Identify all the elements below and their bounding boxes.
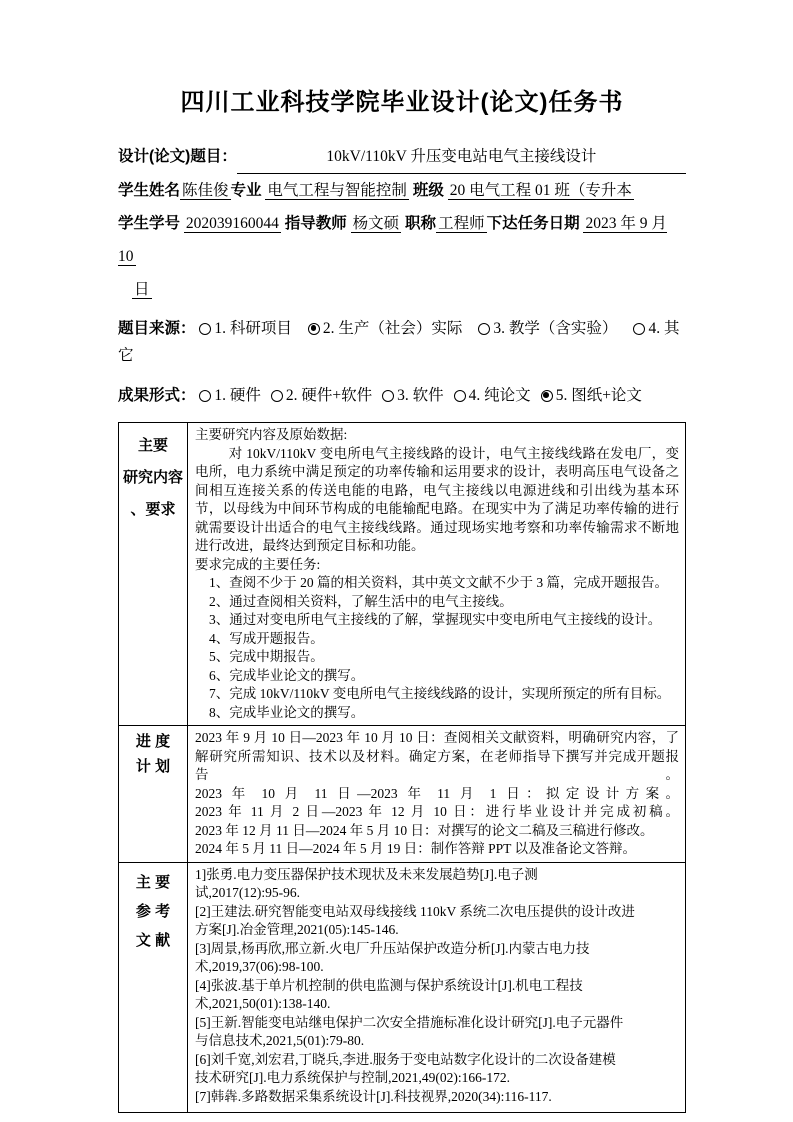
radio-icon xyxy=(271,390,283,402)
radio-option-label: 2. 生产（社会）实际 xyxy=(323,320,463,337)
topic-value: 10kV/110kV 升压变电站电气主接线设计 xyxy=(237,140,686,174)
schedule-item: 2023 年 10 月 11 日—2023 年 11 月 1 日：拟定设计方案。 xyxy=(195,785,679,804)
radio-option-form-2[interactable]: 2. 硬件+软件 xyxy=(271,387,372,404)
reference-item: [7]韩犇.多路数据采集系统设计[J].科技视界,2020(34):116-11… xyxy=(195,1088,679,1107)
header-line: 研究内容 xyxy=(121,466,185,487)
schedule-item: 2023 年 12 月 11 日—2024 年 5 月 10 日：对撰写的论文二… xyxy=(195,822,679,841)
field-line-topic: 设计(论文)题目： 10kV/110kV 升压变电站电气主接线设计 xyxy=(118,140,686,174)
student-name-value: 陈佳俊 xyxy=(180,182,231,200)
research-content-title: 主要研究内容及原始数据: xyxy=(195,426,679,445)
task-item: 7、完成 10kV/110kV 变电所电气主接线线路的设计，实现所预定的所有目标… xyxy=(195,685,679,704)
radio-option-label: 1. 科研项目 xyxy=(214,320,292,337)
schedule-row-header: 进 度 计 划 xyxy=(119,726,188,863)
table-row-research: 主要 研究内容 、要求 主要研究内容及原始数据: 对 10kV/110kV 变电… xyxy=(119,423,686,726)
student-name-label: 学生姓名 xyxy=(118,182,180,199)
radio-icon xyxy=(454,390,466,402)
task-item: 3、通过对变电所电气主接线的了解，掌握现实中变电所电气主接线的设计。 xyxy=(195,611,679,630)
result-form-label: 成果形式： xyxy=(118,387,196,404)
header-line: 进 度 xyxy=(121,730,185,751)
radio-option-label: 3. 教学（含实验） xyxy=(493,320,617,337)
header-line: 文 献 xyxy=(121,929,185,950)
header-line: 计 划 xyxy=(121,755,185,776)
header-line: 参 考 xyxy=(121,900,185,921)
schedule-item: 2023 年 9 月 10 日—2023 年 10 月 10 日：查阅相关文献资… xyxy=(195,729,679,785)
header-fields: 设计(论文)题目： 10kV/110kV 升压变电站电气主接线设计 学生姓名陈佳… xyxy=(118,140,686,306)
task-item: 4、写成开题报告。 xyxy=(195,630,679,649)
radio-option-source-2[interactable]: 2. 生产（社会）实际 xyxy=(308,320,463,337)
topic-label: 设计(论文)题目： xyxy=(118,140,237,173)
radio-option-label: 1. 硬件 xyxy=(214,387,261,404)
table-row-references: 主 要 参 考 文 献 1]张勇.电力变压器保护技术现状及未来发展趋势[J].电… xyxy=(119,862,686,1112)
research-row-content: 主要研究内容及原始数据: 对 10kV/110kV 变电所电气主接线路的设计，电… xyxy=(188,423,686,726)
task-table: 主要 研究内容 、要求 主要研究内容及原始数据: 对 10kV/110kV 变电… xyxy=(118,422,686,1113)
radio-option-label: 2. 硬件+软件 xyxy=(286,387,372,404)
reference-item: 1]张勇.电力变压器保护技术现状及未来发展趋势[J].电子测 试,2017(12… xyxy=(195,866,679,903)
document-page: 四川工业科技学院毕业设计(论文)任务书 设计(论文)题目： 10kV/110kV… xyxy=(0,0,793,1122)
advisor-label: 指导教师 xyxy=(285,215,347,232)
table-row-schedule: 进 度 计 划 2023 年 9 月 10 日—2023 年 10 月 10 日… xyxy=(119,726,686,863)
document-content: 四川工业科技学院毕业设计(论文)任务书 设计(论文)题目： 10kV/110kV… xyxy=(118,86,686,1113)
radio-option-form-5[interactable]: 5. 图纸+论文 xyxy=(541,387,642,404)
header-line: 主要 xyxy=(121,434,185,455)
schedule-item: 2024 年 5 月 11 日—2024 年 5 月 19 日：制作答辩 PPT… xyxy=(195,840,679,859)
radio-option-label: 3. 软件 xyxy=(397,387,444,404)
task-item: 6、完成毕业论文的撰写。 xyxy=(195,667,679,686)
rank-label: 职称 xyxy=(405,215,436,232)
radio-icon xyxy=(199,390,211,402)
advisor-value: 杨文硕 xyxy=(351,215,402,233)
radio-option-label: 5. 图纸+论文 xyxy=(556,387,642,404)
class-value: 20 电气工程 01 班（专升本 xyxy=(448,182,634,200)
reference-item: [5]王新.智能变电站继电保护二次安全措施标准化设计研究[J].电子元器件 与信… xyxy=(195,1014,679,1051)
task-item: 1、查阅不少于 20 篇的相关资料，其中英文文献不少于 3 篇，完成开题报告。 xyxy=(195,574,679,593)
reference-item: [2]王建法.研究智能变电站双母线接线 110kV 系统二次电压提供的设计改进 … xyxy=(195,903,679,940)
rank-value: 工程师 xyxy=(436,215,487,233)
radio-option-source-3[interactable]: 3. 教学（含实验） xyxy=(478,320,617,337)
radio-icon xyxy=(478,323,490,335)
schedule-item: 2023 年 11 月 2 日—2023 年 12 月 10 日：进行毕业设计并… xyxy=(195,803,679,822)
radio-option-form-4[interactable]: 4. 纯论文 xyxy=(454,387,531,404)
schedule-row-content: 2023 年 9 月 10 日—2023 年 10 月 10 日：查阅相关文献资… xyxy=(188,726,686,863)
radio-icon xyxy=(633,323,645,335)
radio-icon xyxy=(382,390,394,402)
task-item: 8、完成毕业论文的撰写。 xyxy=(195,704,679,723)
major-label: 专业 xyxy=(231,182,262,199)
references-row-content: 1]张勇.电力变压器保护技术现状及未来发展趋势[J].电子测 试,2017(12… xyxy=(188,862,686,1112)
reference-item: [6]刘千宽,刘宏君,丁晓兵,李进.服务于变电站数字化设计的二次设备建模 技术研… xyxy=(195,1051,679,1088)
radio-option-form-3[interactable]: 3. 软件 xyxy=(382,387,444,404)
page-title: 四川工业科技学院毕业设计(论文)任务书 xyxy=(118,86,686,120)
assign-date-label: 下达任务日期 xyxy=(487,215,580,232)
radio-icon xyxy=(308,323,320,335)
assign-date-tail: 日 xyxy=(132,281,152,299)
header-line: 主 要 xyxy=(121,871,185,892)
topic-source-label: 题目来源： xyxy=(118,320,196,337)
result-form-line: 成果形式： 1. 硬件2. 硬件+软件3. 软件4. 纯论文5. 图纸+论文 xyxy=(118,382,686,409)
research-content-body: 对 10kV/110kV 变电所电气主接线路的设计，电气主接线线路在发电厂，变电… xyxy=(195,445,679,556)
research-row-header: 主要 研究内容 、要求 xyxy=(119,423,188,726)
reference-item: [3]周景,杨再欣,邢立新.火电厂升压站保护改造分析[J].内蒙古电力技 术,2… xyxy=(195,940,679,977)
radio-icon xyxy=(199,323,211,335)
research-tasks-title: 要求完成的主要任务: xyxy=(195,556,679,575)
major-value: 电气工程与智能控制 xyxy=(265,182,409,200)
class-label: 班级 xyxy=(413,182,444,199)
task-item: 2、通过查阅相关资料，了解生活中的电气主接线。 xyxy=(195,593,679,612)
radio-option-label: 4. 纯论文 xyxy=(469,387,531,404)
topic-source-line: 题目来源： 1. 科研项目2. 生产（社会）实际3. 教学（含实验）4. 其它 xyxy=(118,315,686,369)
references-row-header: 主 要 参 考 文 献 xyxy=(119,862,188,1112)
field-line-id: 学生学号 202039160044 指导教师 杨文硕 职称工程师下达任务日期 2… xyxy=(118,207,686,306)
radio-option-source-1[interactable]: 1. 科研项目 xyxy=(199,320,292,337)
choice-lines: 题目来源： 1. 科研项目2. 生产（社会）实际3. 教学（含实验）4. 其它 … xyxy=(118,315,686,409)
header-line: 、要求 xyxy=(121,498,185,519)
radio-option-form-1[interactable]: 1. 硬件 xyxy=(199,387,261,404)
radio-icon xyxy=(541,390,553,402)
reference-item: [4]张波.基于单片机控制的供电监测与保护系统设计[J].机电工程技 术,202… xyxy=(195,977,679,1014)
task-item: 5、完成中期报告。 xyxy=(195,648,679,667)
student-id-value: 202039160044 xyxy=(184,215,281,233)
student-id-label: 学生学号 xyxy=(118,215,180,232)
field-line-student: 学生姓名陈佳俊专业 电气工程与智能控制 班级 20 电气工程 01 班（专升本 xyxy=(118,174,686,207)
